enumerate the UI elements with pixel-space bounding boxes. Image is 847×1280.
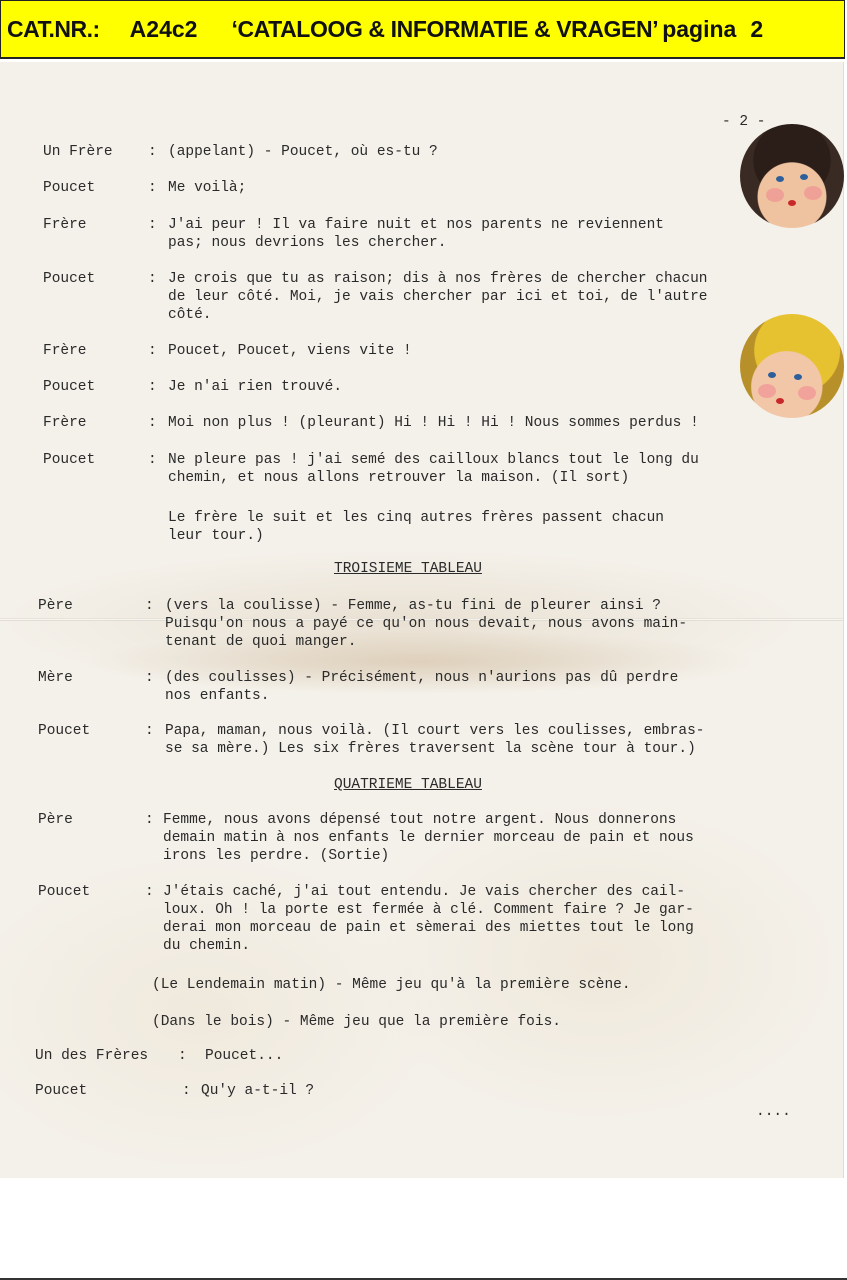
stage-direction: (Le Lendemain matin) - Même jeu qu'à la … <box>152 976 631 994</box>
dialogue-line: Moi non plus ! (pleurant) Hi ! Hi ! Hi !… <box>168 414 699 432</box>
banner-title: ‘CATALOOG & INFORMATIE & VRAGEN’ <box>231 16 658 43</box>
dialogue-line: Qu'y a-t-il ? <box>201 1082 314 1100</box>
continuation-dots: .... <box>756 1103 791 1121</box>
dialogue-line: chemin, et nous allons retrouver la mais… <box>168 469 629 487</box>
speaker-name: Poucet <box>43 378 95 396</box>
speaker-name: Un Frère <box>43 143 113 161</box>
dialogue-line: derai mon morceau de pain et sèmerai des… <box>163 919 694 937</box>
section-heading-quatrieme-tableau: QUATRIEME TABLEAU <box>334 776 482 794</box>
dialogue-line: Poucet... <box>205 1047 283 1065</box>
doll-dark-hair-photo <box>740 124 844 228</box>
dialogue-line: Ne pleure pas ! j'ai semé des cailloux b… <box>168 451 699 469</box>
speaker-colon: : <box>148 270 157 288</box>
speaker-name: Mère <box>38 669 73 687</box>
dialogue-line: pas; nous devrions les chercher. <box>168 234 446 252</box>
dialogue-line: loux. Oh ! la porte est fermée à clé. Co… <box>163 901 694 919</box>
speaker-name: Un des Frères <box>35 1047 148 1065</box>
speaker-colon: : <box>145 597 154 615</box>
dialogue-line: de leur côté. Moi, je vais chercher par … <box>168 288 708 306</box>
dialogue-line: Papa, maman, nous voilà. (Il court vers … <box>165 722 705 740</box>
dialogue-line: du chemin. <box>163 937 250 955</box>
stage-direction: leur tour.) <box>168 527 264 545</box>
stage-direction: (Dans le bois) - Même jeu que la premièr… <box>152 1013 561 1031</box>
speaker-colon: : <box>148 451 157 469</box>
catnr-label: CAT.NR.: <box>7 16 100 43</box>
dialogue-line: demain matin à nos enfants le dernier mo… <box>163 829 694 847</box>
speaker-colon: : <box>145 883 154 901</box>
dialogue-line: Puisqu'on nous a payé ce qu'on nous deva… <box>165 615 687 633</box>
speaker-name: Père <box>38 811 73 829</box>
speaker-colon: : <box>148 342 157 360</box>
dialogue-line: (vers la coulisse) - Femme, as-tu fini d… <box>165 597 661 615</box>
speaker-colon: : <box>148 414 157 432</box>
dialogue-line: Me voilà; <box>168 179 246 197</box>
speaker-name: Frère <box>43 414 87 432</box>
dialogue-line: tenant de quoi manger. <box>165 633 356 651</box>
speaker-name: Père <box>38 597 73 615</box>
catalog-header-banner: CAT.NR.: A24c2 ‘CATALOOG & INFORMATIE & … <box>0 0 845 59</box>
speaker-colon: : <box>145 669 154 687</box>
dialogue-line: Je crois que tu as raison; dis à nos frè… <box>168 270 708 288</box>
page-word: pagina <box>662 16 736 43</box>
section-heading-troisieme-tableau: TROISIEME TABLEAU <box>334 560 482 578</box>
page-marker: - 2 - <box>722 113 766 131</box>
dialogue-line: nos enfants. <box>165 687 269 705</box>
dialogue-line: Poucet, Poucet, viens vite ! <box>168 342 412 360</box>
speaker-name: Poucet <box>43 179 95 197</box>
speaker-colon: : <box>148 143 157 161</box>
dialogue-line: irons les perdre. (Sortie) <box>163 847 389 865</box>
dialogue-line: côté. <box>168 306 212 324</box>
speaker-colon: : <box>148 216 157 234</box>
speaker-colon: : <box>178 1047 187 1065</box>
speaker-colon: : <box>148 179 157 197</box>
page-number: 2 <box>750 16 763 43</box>
stage-direction: Le frère le suit et les cinq autres frèr… <box>168 509 664 527</box>
speaker-name: Poucet <box>43 451 95 469</box>
speaker-name: Poucet <box>43 270 95 288</box>
catnr-value: A24c2 <box>130 16 198 43</box>
dialogue-line: Je n'ai rien trouvé. <box>168 378 342 396</box>
dialogue-line: (appelant) - Poucet, où es-tu ? <box>168 143 438 161</box>
speaker-name: Frère <box>43 342 87 360</box>
dialogue-line: J'ai peur ! Il va faire nuit et nos pare… <box>168 216 664 234</box>
dialogue-line: se sa mère.) Les six frères traversent l… <box>165 740 696 758</box>
speaker-name: Poucet <box>38 722 90 740</box>
doll-blond-hair-photo <box>740 314 844 418</box>
speaker-name: Poucet <box>35 1082 87 1100</box>
speaker-colon: : <box>148 378 157 396</box>
speaker-colon: : <box>145 811 154 829</box>
speaker-name: Poucet <box>38 883 90 901</box>
dialogue-line: J'étais caché, j'ai tout entendu. Je vai… <box>163 883 685 901</box>
speaker-colon: : <box>145 722 154 740</box>
dialogue-line: (des coulisses) - Précisément, nous n'au… <box>165 669 678 687</box>
speaker-colon: : <box>182 1082 191 1100</box>
speaker-name: Frère <box>43 216 87 234</box>
dialogue-line: Femme, nous avons dépensé tout notre arg… <box>163 811 676 829</box>
